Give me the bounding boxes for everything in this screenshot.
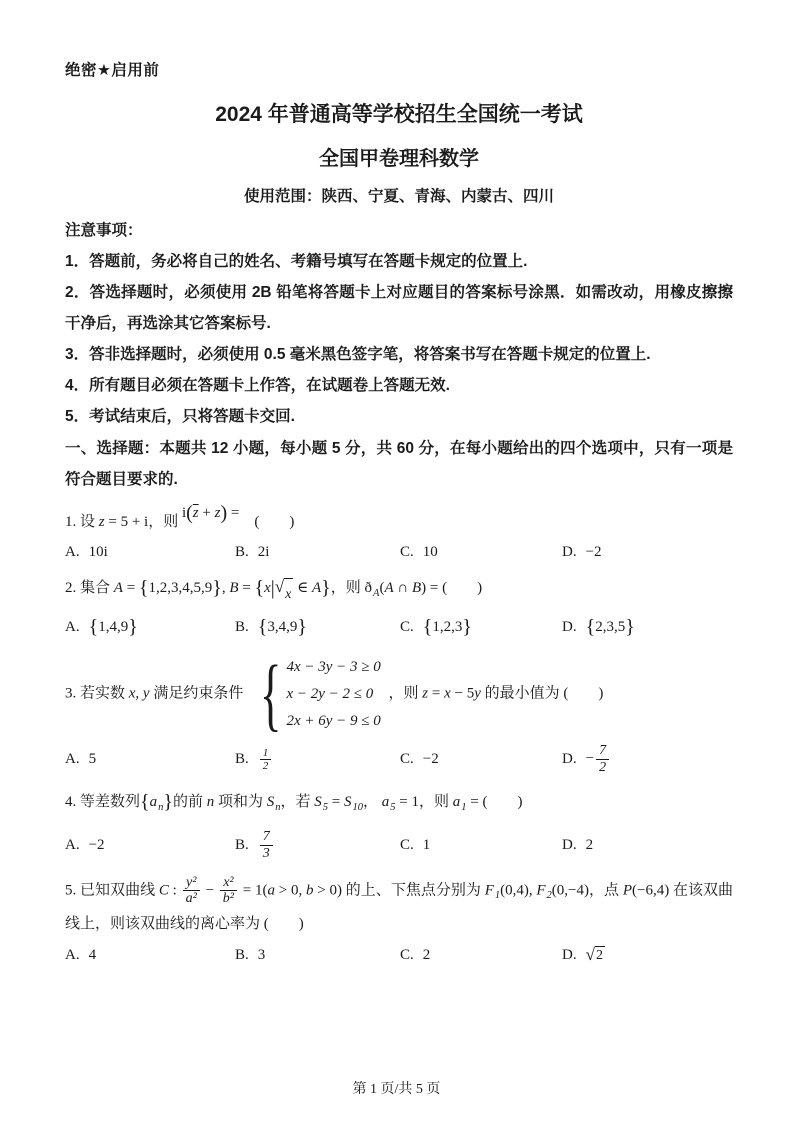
math-bracket: } — [625, 616, 635, 638]
notice-item: 5．考试结束后，只将答题卡交回. — [65, 401, 733, 432]
option-label: D. — [562, 837, 577, 854]
question-stem: 4. 等差数列{an}的前 n 项和为 Sn，若 S5 = S10， a5 = … — [65, 788, 733, 822]
fraction-numerator: 7 — [596, 743, 609, 760]
option: C.10 — [400, 544, 562, 561]
math-subscript: 10 — [353, 802, 364, 813]
constraint-lines: 4x − 3y − 3 ≥ 0x − 2y − 2 ≤ 02x + 6y − 9… — [286, 655, 380, 734]
options-row: A.−2B.73C.1D.2 — [65, 829, 733, 861]
text-run: = — [428, 685, 444, 701]
option-label: A. — [65, 619, 80, 636]
option-value: {1,4,9} — [89, 616, 138, 639]
option-value: {3,4,9} — [258, 616, 307, 639]
text-run: 项和为 — [214, 794, 267, 810]
option: A.−2 — [65, 837, 235, 854]
option-label: A. — [65, 751, 80, 768]
notices: 注意事项： 1．答题前，务必将自己的姓名、考籍号填写在答题卡规定的位置上. 2．… — [65, 215, 733, 432]
constraint-line: x − 2y − 2 ≤ 0 — [286, 682, 380, 707]
text-run: ，则 — [331, 580, 365, 596]
text-run: 2. 集合 — [65, 580, 114, 596]
question: 4. 等差数列{an}的前 n 项和为 Sn，若 S5 = S10， a5 = … — [65, 788, 733, 861]
option-value: √2 — [586, 946, 605, 965]
text-run: 2 — [423, 947, 431, 963]
question-stem: 5. 已知双曲线 C : y²a² − x²b² = 1(a > 0, b > … — [65, 875, 733, 940]
text-run: = 1( — [239, 882, 268, 898]
option-value: 10 — [423, 544, 438, 561]
text-run: 3 — [258, 947, 266, 963]
option-label: A. — [65, 544, 80, 561]
fraction-numerator: y² — [183, 875, 200, 892]
text-run: −2 — [423, 751, 439, 767]
radicand: 2 — [595, 946, 605, 964]
math-bracket: } — [321, 577, 331, 599]
text-run: 1,2,3,4,5,9 — [149, 580, 213, 596]
text-run: (0,4), — [500, 882, 536, 898]
text-run: 2,3,5 — [595, 619, 625, 635]
left-brace-icon: { — [260, 652, 282, 736]
option-value: 2i — [258, 544, 270, 561]
math-bracket: { — [255, 577, 265, 599]
text-run: 5 — [89, 751, 97, 767]
text-run: 3. 若实数 — [65, 685, 129, 701]
text-run: ( ) — [239, 514, 294, 530]
text-run: ∈ — [293, 580, 312, 596]
option: A.{1,4,9} — [65, 616, 235, 639]
option-label: C. — [400, 947, 414, 964]
fraction-numerator: 7 — [260, 829, 273, 846]
options-row: A.4B.3C.2D.√2 — [65, 946, 733, 965]
text-run: = 5 + i，则 — [105, 514, 182, 530]
questions: 1. 设 z = 5 + i，则 i(z + z) = ( )A.10iB.2i… — [65, 508, 733, 965]
text-run: − — [202, 882, 218, 898]
radicand: x — [284, 578, 293, 609]
math-fraction: 72 — [596, 743, 609, 775]
question: 1. 设 z = 5 + i，则 i(z + z) = ( )A.10iB.2i… — [65, 508, 733, 561]
math-variable: B — [412, 580, 421, 596]
math-bracket: { — [423, 616, 433, 638]
option-label: D. — [562, 751, 577, 768]
text-run: 2 — [586, 837, 594, 853]
option-label: A. — [65, 947, 80, 964]
option-label: D. — [562, 619, 577, 636]
text-run: (0,−4)，点 — [552, 882, 623, 898]
math-variable: a — [268, 882, 276, 898]
math-bracket: { — [258, 616, 268, 638]
radical-sign-icon: √ — [275, 578, 284, 595]
option-value: 5 — [89, 751, 97, 768]
math-fraction: y²a² — [183, 875, 200, 907]
text-run: = — [328, 794, 344, 810]
text-run: 1,4,9 — [98, 619, 128, 635]
math-variable: S — [314, 794, 322, 810]
math-bracket: } — [297, 616, 307, 638]
math-bracket: } — [212, 577, 222, 599]
options-row: A.{1,4,9}B.{3,4,9}C.{1,2,3}D.{2,3,5} — [65, 616, 733, 639]
option-label: B. — [235, 544, 249, 561]
math-variable: F — [485, 882, 494, 898]
option-label: B. — [235, 837, 249, 854]
math-variable: A — [312, 580, 321, 596]
text-run: ，则 — [385, 685, 423, 701]
text-run: 10i — [89, 544, 108, 560]
fraction-numerator: 1 — [260, 747, 272, 760]
text-run: 3,4,9 — [267, 619, 297, 635]
math-bracket: { — [139, 577, 149, 599]
math-bracket: } — [128, 616, 138, 638]
option-value: 12 — [258, 747, 274, 772]
text-run: 5. 已知双曲线 — [65, 882, 159, 898]
fraction-denominator: a² — [183, 891, 200, 907]
secrecy-label: 绝密★启用前 — [65, 58, 733, 80]
text-run: 2i — [258, 544, 270, 560]
page: 绝密★启用前 2024 年普通高等学校招生全国统一考试 全国甲卷理科数学 使用范… — [0, 0, 793, 1122]
fraction-denominator: b² — [220, 891, 237, 907]
notice-item: 1．答题前，务必将自己的姓名、考籍号填写在答题卡规定的位置上. — [65, 246, 733, 277]
math-bracket: } — [163, 791, 173, 813]
math-variable: b — [306, 882, 314, 898]
math-variable: P — [623, 882, 632, 898]
math-fraction: 73 — [260, 829, 273, 861]
option: C.1 — [400, 837, 562, 854]
math-variable: x, y — [129, 685, 150, 701]
constraint-line: 4x − 3y − 3 ≥ 0 — [286, 655, 380, 680]
text-run: + — [199, 505, 215, 521]
math-fraction: x²b² — [220, 875, 237, 907]
notice-item: 4．所有题目必须在答题卡上作答，在试题卷上答题无效. — [65, 370, 733, 401]
math-variable: B — [229, 580, 238, 596]
math-variable: x — [444, 685, 451, 701]
option-value: −72 — [586, 743, 611, 775]
fraction-denominator: 2 — [260, 760, 272, 772]
text-run: 4. 等差数列 — [65, 794, 140, 810]
math-bracket: { — [586, 616, 596, 638]
option-label: B. — [235, 947, 249, 964]
option: D.−2 — [562, 544, 733, 561]
text-run: = — [123, 580, 139, 596]
option-value: 4 — [89, 947, 97, 964]
text-run: 1 — [423, 837, 431, 853]
text-run: 10 — [423, 544, 438, 560]
page-footer: 第 1 页/共 5 页 — [0, 1078, 793, 1098]
question: 3. 若实数 x, y 满足约束条件 {4x − 3y − 3 ≥ 0x − 2… — [65, 652, 733, 775]
text-run: > 0, — [275, 882, 306, 898]
text-run: − — [586, 751, 594, 767]
math-variable: a — [382, 794, 390, 810]
text-run: = — [239, 580, 255, 596]
fraction-denominator: 3 — [260, 846, 273, 862]
radical-sign-icon: √ — [586, 946, 595, 963]
option-label: D. — [562, 544, 577, 561]
text-run: 满足约束条件 — [150, 685, 248, 701]
math-variable: S — [344, 794, 352, 810]
text-run: 1,2,3 — [432, 619, 462, 635]
math-variable: F — [536, 882, 545, 898]
options-row: A.5B.12C.−2D.−72 — [65, 743, 733, 775]
text-run: = ( ) — [466, 794, 522, 810]
option: C.{1,2,3} — [400, 616, 562, 639]
question-stem: 2. 集合 A = {1,2,3,4,5,9}, B = {x|√x ∈ A}，… — [65, 574, 733, 609]
option-value: 1 — [423, 837, 431, 854]
option-value: 10i — [89, 544, 108, 561]
option: D.{2,3,5} — [562, 616, 733, 639]
text-run: 的前 — [173, 794, 207, 810]
question-stem: 3. 若实数 x, y 满足约束条件 {4x − 3y − 3 ≥ 0x − 2… — [65, 652, 733, 736]
section-one-heading: 一、选择题：本题共 12 小题，每小题 5 分，共 60 分，在每小题给出的四个… — [65, 433, 733, 495]
option-label: C. — [400, 751, 414, 768]
math-variable: x — [264, 580, 271, 596]
option: B.3 — [235, 947, 400, 964]
option: B.2i — [235, 544, 400, 561]
option-value: 2 — [586, 837, 594, 854]
options-row: A.10iB.2iC.10D.−2 — [65, 544, 733, 561]
text-run: ð — [365, 580, 373, 596]
text-run: 的最小值为 ( ) — [481, 685, 604, 701]
option-value: −2 — [89, 837, 105, 854]
option-label: C. — [400, 544, 414, 561]
math-variable: a — [150, 794, 158, 810]
option: B.{3,4,9} — [235, 616, 400, 639]
option: A.10i — [65, 544, 235, 561]
text-run: −2 — [586, 544, 602, 560]
option: C.2 — [400, 947, 562, 964]
text-run: 4 — [89, 947, 97, 963]
math-bracket: ( — [186, 502, 193, 524]
math-radical: √2 — [586, 946, 605, 964]
usage-scope: 使用范围：陕西、宁夏、青海、内蒙古、四川 — [65, 184, 733, 206]
notice-item: 2．答选择题时，必须使用 2B 铅笔将答题卡上对应题目的答案标号涂黑．如需改动，… — [65, 277, 733, 339]
option: B.12 — [235, 747, 400, 772]
text-run: −2 — [89, 837, 105, 853]
option: D.2 — [562, 837, 733, 854]
option-label: C. — [400, 837, 414, 854]
option: A.4 — [65, 947, 235, 964]
fraction-numerator: x² — [220, 875, 237, 892]
option-value: 2 — [423, 947, 431, 964]
text-run: ，若 — [281, 794, 315, 810]
text-run: ∩ — [394, 580, 412, 596]
question: 2. 集合 A = {1,2,3,4,5,9}, B = {x|√x ∈ A}，… — [65, 574, 733, 639]
math-bracket: { — [89, 616, 99, 638]
text-run: = — [227, 505, 239, 521]
constraint-line: 2x + 6y − 9 ≤ 0 — [286, 709, 380, 734]
option-value: {2,3,5} — [586, 616, 635, 639]
fraction-denominator: 2 — [596, 760, 609, 776]
option-value: −2 — [423, 751, 439, 768]
math-bracket: } — [462, 616, 472, 638]
option: C.−2 — [400, 751, 562, 768]
math-radical: √x — [275, 578, 294, 609]
math-bracket: { — [140, 791, 150, 813]
math-variable: a — [453, 794, 461, 810]
notice-item: 3．答非选择题时，必须使用 0.5 毫米黑色签字笔，将答案书写在答题卡规定的位置… — [65, 339, 733, 370]
text-run: > 0) 的上、下焦点分别为 — [314, 882, 485, 898]
option: D.−72 — [562, 743, 733, 775]
math-variable: C — [159, 882, 169, 898]
option-value: −2 — [586, 544, 602, 561]
text-run: : — [169, 882, 181, 898]
text-run: 1. 设 — [65, 514, 99, 530]
text-run: − 5 — [451, 685, 474, 701]
option-label: C. — [400, 619, 414, 636]
option-value: {1,2,3} — [423, 616, 472, 639]
raised-math-group: i(z + z) = — [182, 499, 239, 528]
notices-heading: 注意事项： — [65, 215, 733, 246]
math-variable: y — [474, 685, 481, 701]
math-variable: A — [384, 580, 393, 596]
question: 5. 已知双曲线 C : y²a² − x²b² = 1(a > 0, b > … — [65, 875, 733, 966]
exam-title: 2024 年普通高等学校招生全国统一考试 — [65, 98, 733, 128]
option-label: B. — [235, 751, 249, 768]
text-run: = 1，则 — [396, 794, 453, 810]
option-label: B. — [235, 619, 249, 636]
option-value: 73 — [258, 829, 275, 861]
paper-title: 全国甲卷理科数学 — [65, 142, 733, 171]
text-run: ) = ( ) — [421, 580, 482, 596]
option: A.5 — [65, 751, 235, 768]
option-value: 3 — [258, 947, 266, 964]
constraint-system: {4x − 3y − 3 ≥ 0x − 2y − 2 ≤ 02x + 6y − … — [251, 652, 381, 736]
text-run: ， — [363, 794, 382, 810]
math-variable: A — [114, 580, 123, 596]
option-label: D. — [562, 947, 577, 964]
option: B.73 — [235, 829, 400, 861]
math-fraction: 12 — [260, 747, 272, 772]
question-stem: 1. 设 z = 5 + i，则 i(z + z) = ( ) — [65, 508, 733, 537]
math-variable: S — [267, 794, 275, 810]
option-label: A. — [65, 837, 80, 854]
option: D.√2 — [562, 946, 733, 965]
